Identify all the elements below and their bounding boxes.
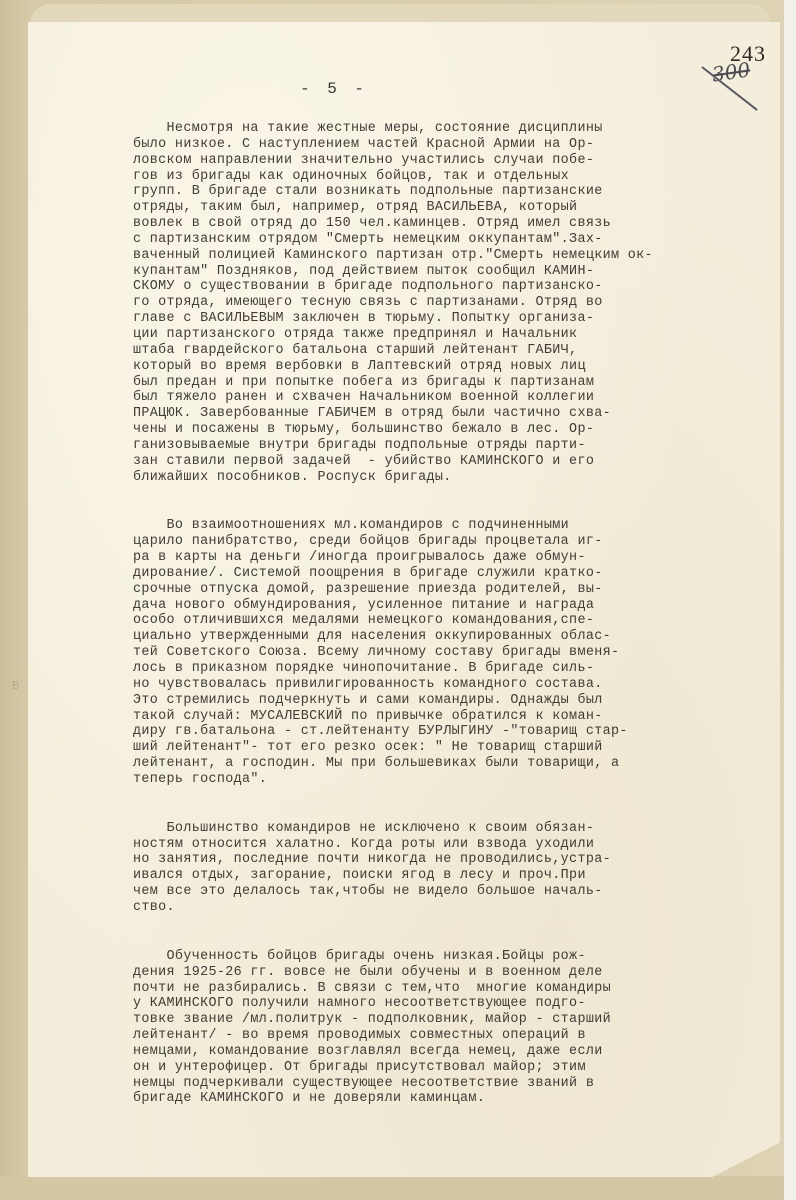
text-line: был тяжело ранен и схвачен Начальником в… xyxy=(133,390,753,406)
text-line: ции партизанского отряда также предприня… xyxy=(133,327,753,343)
text-line: зан ставили первой задачей - убийство КА… xyxy=(133,454,753,470)
text-line: ностям относится халатно. Когда роты или… xyxy=(133,837,753,853)
scan-border xyxy=(784,0,796,1200)
text-line: циально утвержденными для населения окку… xyxy=(133,629,753,645)
text-line: дирование/. Системой поощрения в бригаде… xyxy=(133,566,753,582)
text-line: ство. xyxy=(133,900,753,916)
text-line: ивался отдых, загорание, поиски ягод в л… xyxy=(133,868,753,884)
backing-sheet-bottom-edge xyxy=(0,1176,796,1200)
text-line: чены и посажены в тюрьму, большинство бе… xyxy=(133,422,753,438)
text-line: лейтенант/ - во время проводимых совмест… xyxy=(133,1028,753,1044)
text-line: ловском направлении значительно участили… xyxy=(133,153,753,169)
document-body: Несмотря на такие жестные меры, состояни… xyxy=(133,121,753,1107)
text-line: срочные отпуска домой, разрешение приезд… xyxy=(133,582,753,598)
text-line: немцами, командование возглавлял всегда … xyxy=(133,1044,753,1060)
text-line: товке звание /мл.политрук - подполковник… xyxy=(133,1012,753,1028)
text-line: тей Советского Союза. Всему личному сост… xyxy=(133,645,753,661)
paragraph-training: Обученность бойцов бригады очень низкая.… xyxy=(133,949,753,1107)
page-number: - 5 - xyxy=(300,80,368,98)
text-line: купантам" Поздняков, под действием пыток… xyxy=(133,264,753,280)
text-line: Большинство командиров не исключено к св… xyxy=(133,821,753,837)
text-line: отряды, таким был, например, отряд ВАСИЛ… xyxy=(133,200,753,216)
text-line: был предан и при попытке побега из брига… xyxy=(133,375,753,391)
paragraph-relations: Во взаимоотношениях мл.командиров с подч… xyxy=(133,518,753,787)
margin-mark: В xyxy=(12,680,26,720)
text-line: дения 1925-26 гг. вовсе не были обучены … xyxy=(133,965,753,981)
text-line: гов из бригады как одиночных бойцов, так… xyxy=(133,169,753,185)
text-line: ший лейтенант"- тот его резко осек: " Не… xyxy=(133,740,753,756)
text-line: царило панибратство, среди бойцов бригад… xyxy=(133,534,753,550)
text-line: почти не разбирались. В связи с тем,что … xyxy=(133,981,753,997)
text-line: лейтенант, а господин. Мы при большевика… xyxy=(133,756,753,772)
text-line: но занятия, последние почти никогда не п… xyxy=(133,852,753,868)
text-line: с партизанским отрядом "Смерть немецким … xyxy=(133,232,753,248)
text-line: ближайших пособников. Роспуск бригады. xyxy=(133,470,753,486)
paragraph-discipline: Несмотря на такие жестные меры, состояни… xyxy=(133,121,753,485)
text-line: групп. В бригаде стали возникать подполь… xyxy=(133,184,753,200)
text-line: Это стремились подчеркнуть и сами команд… xyxy=(133,693,753,709)
text-line: он и унтерофицер. От бригады присутствов… xyxy=(133,1060,753,1076)
text-line: у КАМИНСКОГО получили намного несоответс… xyxy=(133,996,753,1012)
text-line: Обученность бойцов бригады очень низкая.… xyxy=(133,949,753,965)
text-line: такой случай: МУСАЛЕВСКИЙ по привычке об… xyxy=(133,709,753,725)
text-line: дача нового обмундирования, усиленное пи… xyxy=(133,598,753,614)
text-line: немцы подчеркивали существующее несоотве… xyxy=(133,1076,753,1092)
text-line: штаба гвардейского батальона старший лей… xyxy=(133,343,753,359)
text-line: ПРАЦЮК. Завербованные ГАБИЧЕМ в отряд бы… xyxy=(133,406,753,422)
text-line: бригаде КАМИНСКОГО и не доверяли каминца… xyxy=(133,1091,753,1107)
text-line: вовлек в свой отряд до 150 чел.каминцев.… xyxy=(133,216,753,232)
text-line: Во взаимоотношениях мл.командиров с подч… xyxy=(133,518,753,534)
text-line: ганизовываемые внутри бригады подпольные… xyxy=(133,438,753,454)
text-line: го отряда, имеющего тесную связь с парти… xyxy=(133,295,753,311)
paragraph-commanders: Большинство командиров не исключено к св… xyxy=(133,821,753,916)
text-line: главе с ВАСИЛЬЕВЫМ заключен в тюрьму. По… xyxy=(133,311,753,327)
old-folio-number-crossed: 300 xyxy=(710,57,751,86)
text-line: было низкое. С наступлением частей Красн… xyxy=(133,137,753,153)
text-line: СКОМУ о существовании в бригаде подпольн… xyxy=(133,279,753,295)
text-line: ра в карты на деньги /иногда проигрывало… xyxy=(133,550,753,566)
text-line: который во время вербовки в Лаптевский о… xyxy=(133,359,753,375)
text-line: чем все это делалось так,чтобы не видело… xyxy=(133,884,753,900)
text-line: особо отличившихся медалями немецкого ко… xyxy=(133,613,753,629)
text-line: ваченный полицией Каминского партизан от… xyxy=(133,248,753,264)
text-line: теперь господа". xyxy=(133,772,753,788)
text-line: диру гв.батальона - ст.лейтенанту БУРЛЫГ… xyxy=(133,724,753,740)
text-line: Несмотря на такие жестные меры, состояни… xyxy=(133,121,753,137)
text-line: но чувствовалась привилигированность ком… xyxy=(133,677,753,693)
text-line: лось в приказном порядке чинопочитание. … xyxy=(133,661,753,677)
